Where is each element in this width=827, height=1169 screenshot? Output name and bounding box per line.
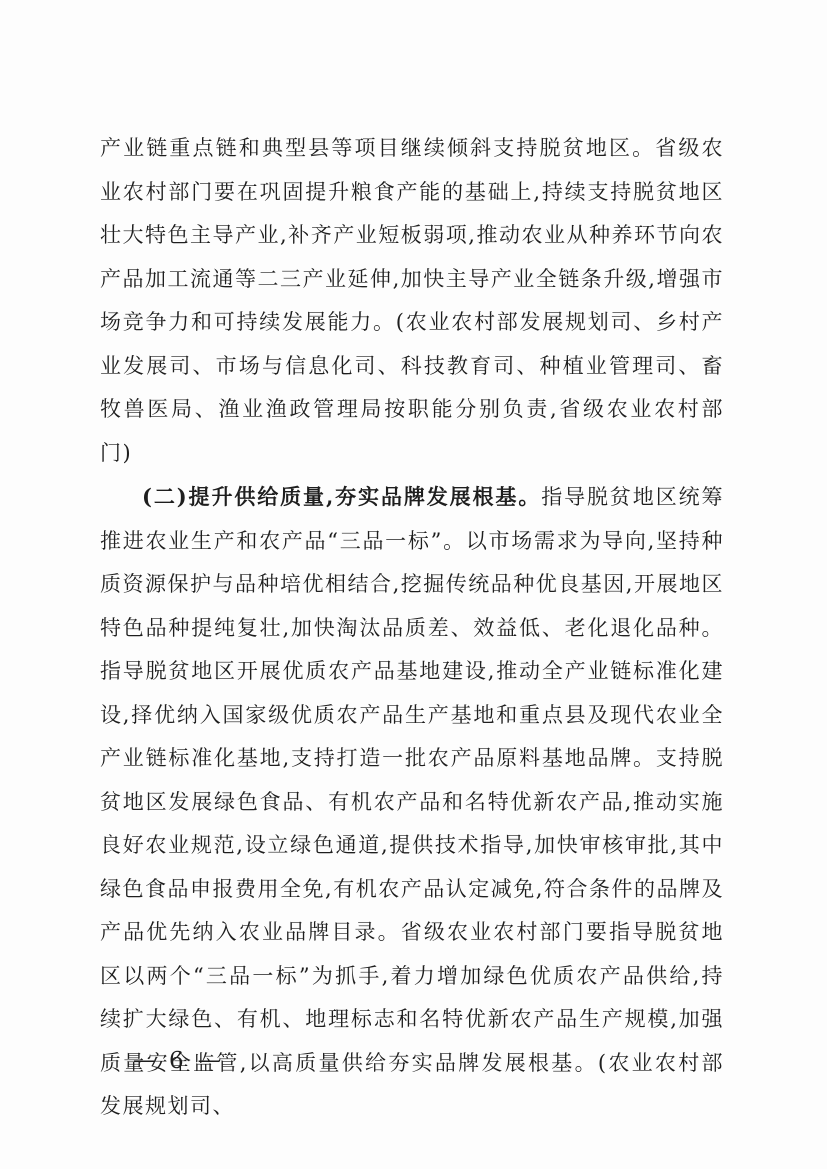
page-footer: — 6 — xyxy=(133,1046,220,1076)
document-page: 产业链重点链和典型县等项目继续倾斜支持脱贫地区。省级农业农村部门要在巩固提升粮食… xyxy=(0,0,827,1169)
body-text-run: 产业链重点链和典型县等项目继续倾斜支持脱贫地区。省级农业农村部门要在巩固提升粮食… xyxy=(100,136,724,334)
body-text-run: 指导脱贫地区统筹推进农业生产和农产品“三品一标”。以市场需求为导向,坚持种质资源… xyxy=(100,485,724,1075)
section-heading: (二)提升供给质量,夯实品牌发展根基。 xyxy=(142,484,541,509)
paragraph-continuation: 产业链重点链和典型县等项目继续倾斜支持脱贫地区。省级农业农村部门要在巩固提升粮食… xyxy=(100,127,724,475)
footer-dash-right: — xyxy=(198,1046,220,1076)
document-body: 产业链重点链和典型县等项目继续倾斜支持脱贫地区。省级农业农村部门要在巩固提升粮食… xyxy=(100,127,724,1129)
paragraph-section-two: (二)提升供给质量,夯实品牌发展根基。指导脱贫地区统筹推进农业生产和农产品“三品… xyxy=(100,475,724,1129)
page-number: 6 xyxy=(169,1046,184,1076)
footer-dash-left: — xyxy=(133,1046,155,1076)
